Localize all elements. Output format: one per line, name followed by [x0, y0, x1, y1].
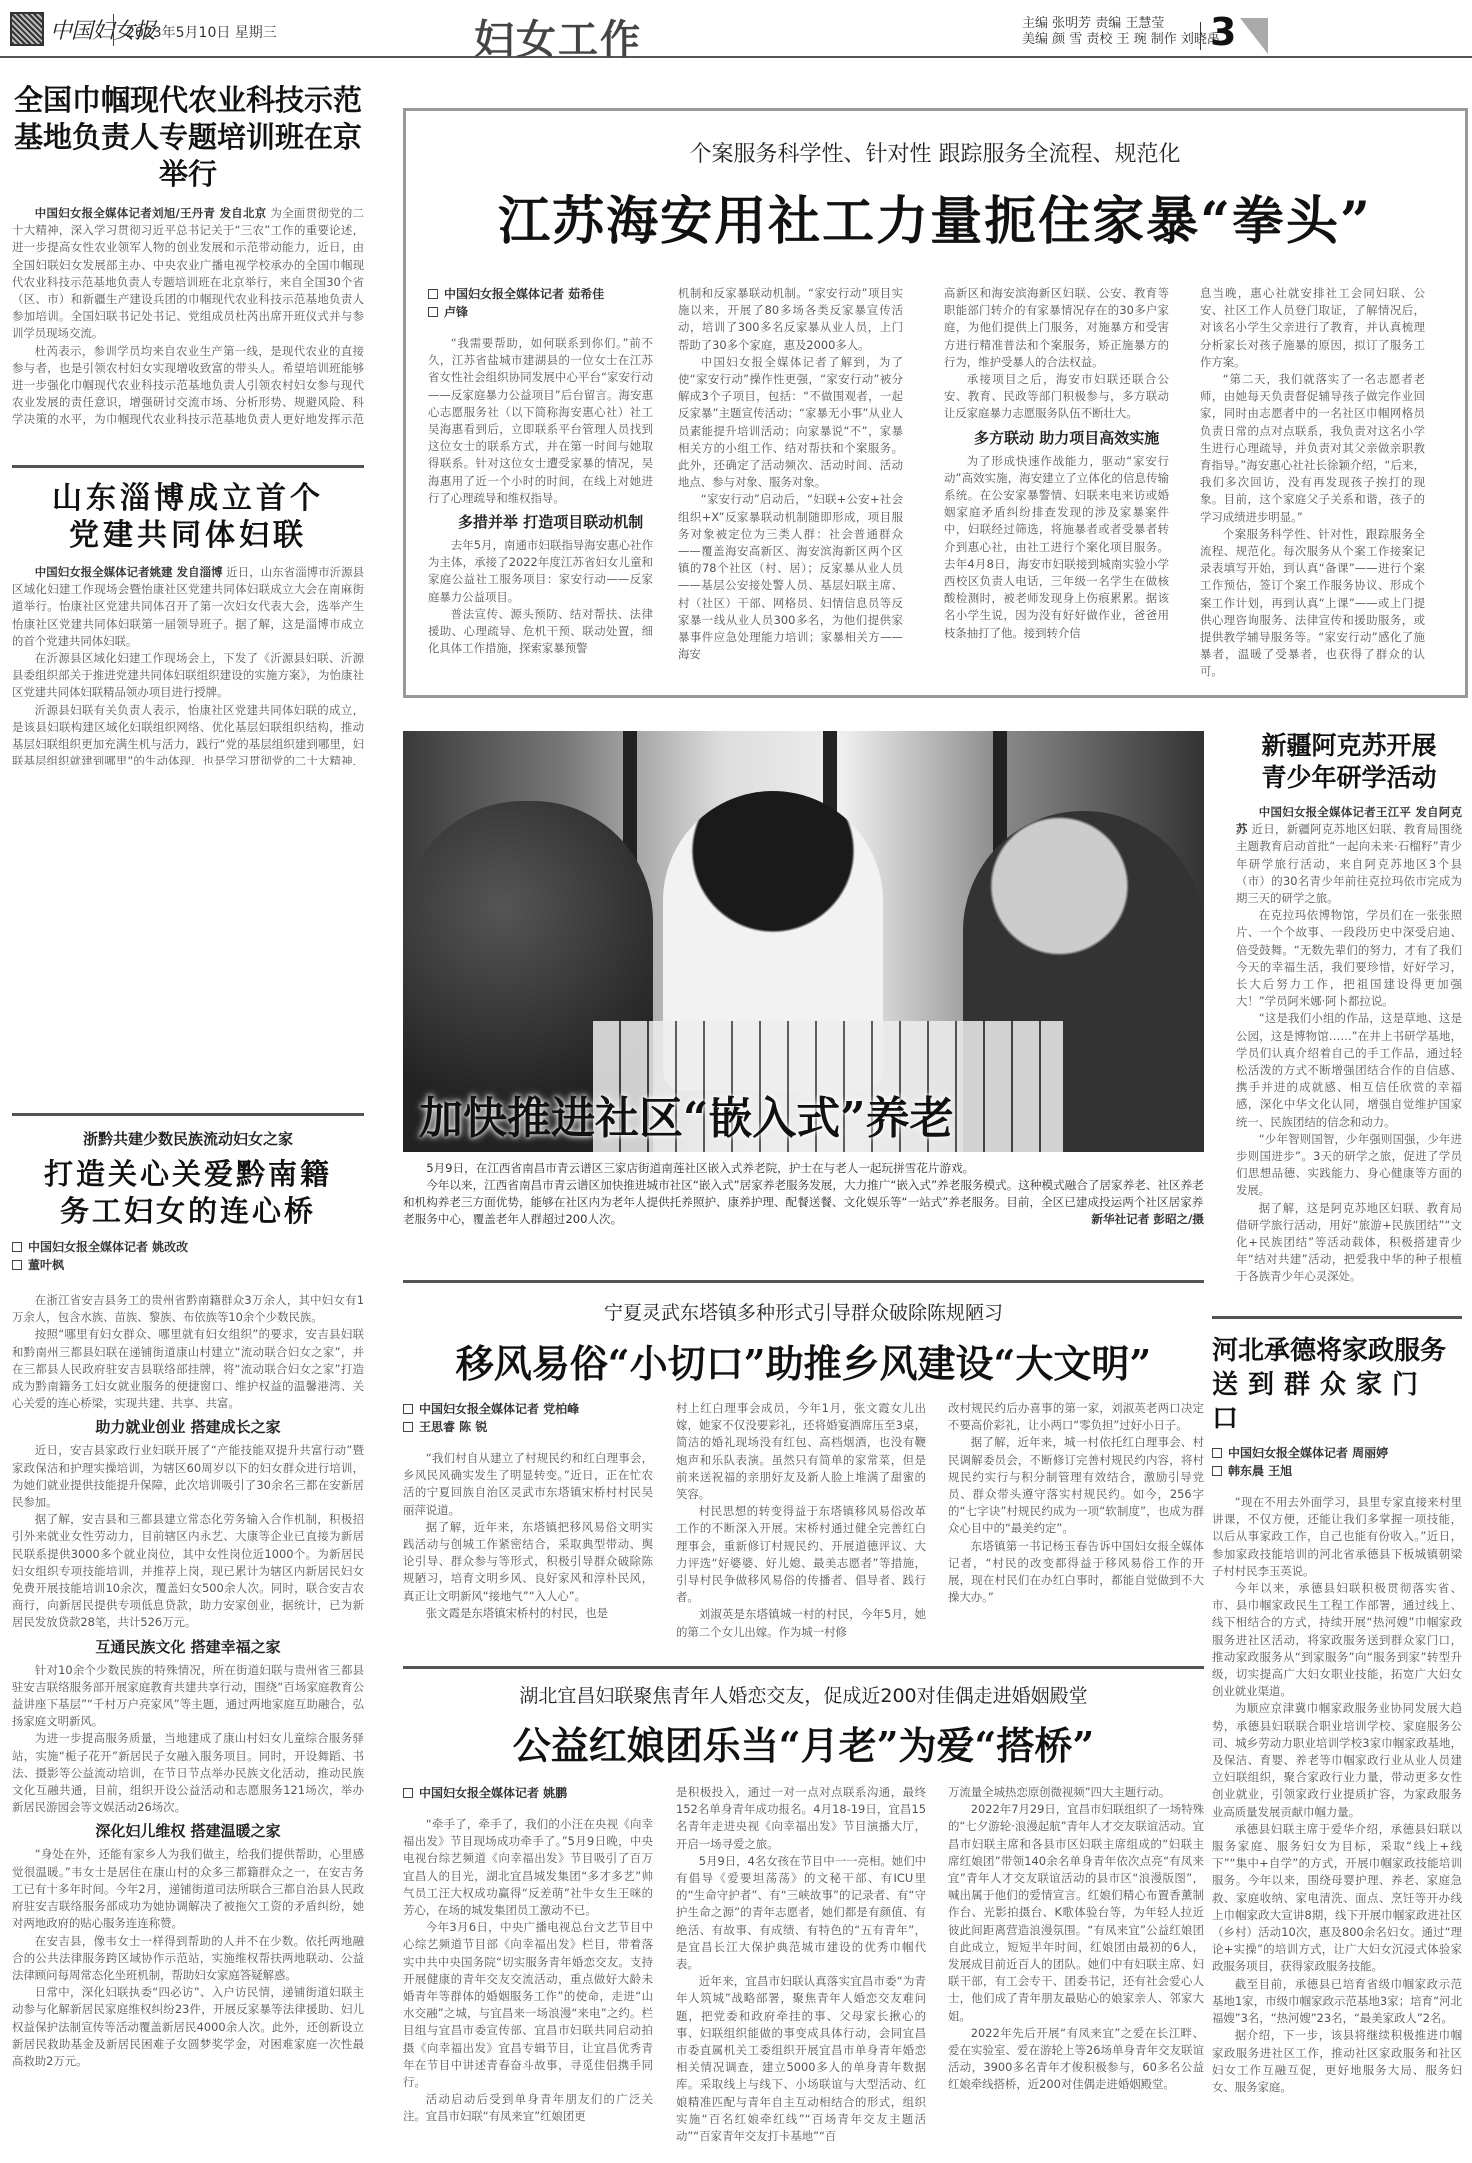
kicker: 湖北宜昌妇联聚焦青年人婚恋交友，促成近200对佳偶走进婚姻殿堂 — [403, 1683, 1204, 1709]
box-icon — [403, 1788, 413, 1798]
dateline: 中国妇女报全媒体记者姚建 发自淄博 — [35, 565, 223, 579]
haian-col-2: 机制和反家暴联动机制。“家安行动”项目实施以来，开展了80多场各类反家暴宣传活动… — [678, 285, 903, 695]
qr-code-icon — [10, 12, 44, 46]
dateline: 中国妇女报全媒体记者刘旭/王丹青 发自北京 — [35, 206, 267, 220]
lingwu-col-3: 改村规民约后办喜事的第一家，刘淑英老两口决定不要高价彩礼，让小两口“零负担”过好… — [948, 1400, 1204, 1640]
headline: 全国巾帼现代农业科技示范 基地负责人专题培训班在京举行 — [12, 82, 364, 193]
divider — [12, 1113, 364, 1116]
subheading: 助力就业创业 搭建成长之家 — [12, 1416, 364, 1438]
headline: 山东淄博成立首个 党建共同体妇联 — [12, 480, 364, 554]
divider — [1200, 22, 1201, 50]
box-icon — [428, 289, 438, 299]
article-aksu: 新疆阿克苏开展 青少年研学活动 中国妇女报全媒体记者王江平 发自阿克苏 近日，新… — [1236, 728, 1462, 1288]
photo-caption: 5月9日，在江西省南昌市青云谱区三家店街道南莲社区嵌入式养老院，护士在与老人一起… — [403, 1160, 1204, 1228]
editor-credits: 主编 张明芳 责编 王慧莹 美编 颜 雪 责校 王 琬 制作 刘晓禹 — [1022, 16, 1220, 48]
box-icon — [1212, 1448, 1222, 1458]
credits-line-1: 主编 张明芳 责编 王慧莹 — [1022, 16, 1220, 32]
yichang-col-1: 中国妇女报全媒体记者 姚鹏 “牵手了，牵手了，我们的小汪在央视《向幸福出发》节目… — [403, 1784, 653, 2162]
byline: 中国妇女报全媒体记者 姚改改 董叶枫 — [12, 1238, 364, 1274]
headline: 公益红娘团乐当“月老”为爱“搭桥” — [403, 1722, 1204, 1770]
byline: 中国妇女报全媒体记者 姚鹏 — [403, 1784, 653, 1802]
box-icon — [1212, 1466, 1222, 1476]
article-zibo: 山东淄博成立首个 党建共同体妇联 中国妇女报全媒体记者姚建 发自淄博 近日，山东… — [12, 480, 364, 765]
headline: 新疆阿克苏开展 青少年研学活动 — [1236, 730, 1462, 794]
article-agri: 全国巾帼现代农业科技示范 基地负责人专题培训班在京举行 中国妇女报全媒体记者刘旭… — [12, 82, 364, 427]
photo-credit: 新华社记者 彭昭之/摄 — [1091, 1211, 1204, 1228]
kicker: 宁夏灵武东塔镇多种形式引导群众破除陈规陋习 — [403, 1300, 1204, 1326]
headline: 移风易俗“小切口”助推乡风建设“大文明” — [403, 1340, 1204, 1388]
headline: 江苏海安用社工力量扼住家暴“拳头” — [410, 190, 1460, 254]
box-icon — [403, 1422, 413, 1432]
lingwu-col-1: 中国妇女报全媒体记者 党柏峰 王思睿 陈 锐 “我们村自从建立了村规民约和红白理… — [403, 1400, 653, 1640]
section-title: 妇女工作 — [474, 8, 642, 65]
haian-col-4: 息当晚，惠心社就安排社工会同妇联、公安、社区工作人员登门取证，了解情况后，对该名… — [1200, 285, 1425, 695]
kicker: 浙黔共建少数民族流动妇女之家 — [12, 1128, 364, 1150]
subheading: 互通民族文化 搭建幸福之家 — [12, 1636, 364, 1658]
box-icon — [403, 1404, 413, 1414]
subheading: 深化妇儿维权 搭建温暖之家 — [12, 1820, 364, 1842]
box-icon — [12, 1260, 22, 1270]
box-icon — [12, 1242, 22, 1252]
divider — [12, 465, 364, 468]
news-photo-elderly-care: 加快推进社区“嵌入式”养老 — [403, 731, 1204, 1152]
divider — [403, 1280, 1204, 1283]
divider — [113, 14, 114, 46]
page-number: 3 — [1210, 10, 1236, 54]
haian-col-1: 中国妇女报全媒体记者 茹希佳 卢锋 “我需要帮助，如何联系到你们。”前不久，江苏… — [428, 285, 653, 695]
divider — [403, 1666, 1204, 1669]
subheading: 多措并举 打造项目联动机制 — [428, 511, 653, 533]
lingwu-col-2: 村上红白理事会成员，今年1月，张文霞女儿出嫁，她家不仅没要彩礼，还将婚宴酒席压至… — [676, 1400, 926, 1640]
headline: 打造关心关爱黔南籍 务工妇女的连心桥 — [12, 1156, 364, 1230]
page-corner-icon — [1240, 18, 1268, 54]
yichang-col-2: 是积极投入，通过一对一点对点联系沟通，最终152名单身青年成功报名。4月18-1… — [676, 1784, 926, 2162]
credits-line-2: 美编 颜 雪 责校 王 琬 制作 刘晓禹 — [1022, 32, 1220, 48]
headline: 河北承德将家政服务 送到群众家门口 — [1212, 1334, 1462, 1436]
divider — [1212, 1316, 1462, 1319]
issue-date: 2023年5月10日 星期三 — [126, 22, 277, 42]
byline: 中国妇女报全媒体记者 周丽婷 韩东晨 王旭 — [1212, 1444, 1462, 1480]
article-chengde: 河北承德将家政服务 送到群众家门口 中国妇女报全媒体记者 周丽婷 韩东晨 王旭 … — [1212, 1334, 1462, 2159]
subheading: 多方联动 助力项目高效实施 — [944, 427, 1169, 449]
kicker: 个案服务科学性、针对性 跟踪服务全流程、规范化 — [410, 140, 1460, 170]
box-icon — [428, 307, 438, 317]
masthead: 中国妇女报 2023年5月10日 星期三 妇女工作 主编 张明芳 责编 王慧莹 … — [0, 0, 1472, 58]
article-zheqian: 浙黔共建少数民族流动妇女之家 打造关心关爱黔南籍 务工妇女的连心桥 中国妇女报全… — [12, 1128, 364, 2158]
byline: 中国妇女报全媒体记者 党柏峰 王思睿 陈 锐 — [403, 1400, 653, 1436]
photo-title: 加快推进社区“嵌入式”养老 — [419, 1082, 954, 1146]
yichang-col-3: 万流量全城热恋原创微视频”四大主题行动。 2022年7月29日，宜昌市妇联组织了… — [948, 1784, 1204, 2162]
byline: 中国妇女报全媒体记者 茹希佳 卢锋 — [428, 285, 653, 321]
haian-col-3: 高新区和海安滨海新区妇联、公安、教育等职能部门转介的有家暴情况存在的30多户家庭… — [944, 285, 1169, 695]
